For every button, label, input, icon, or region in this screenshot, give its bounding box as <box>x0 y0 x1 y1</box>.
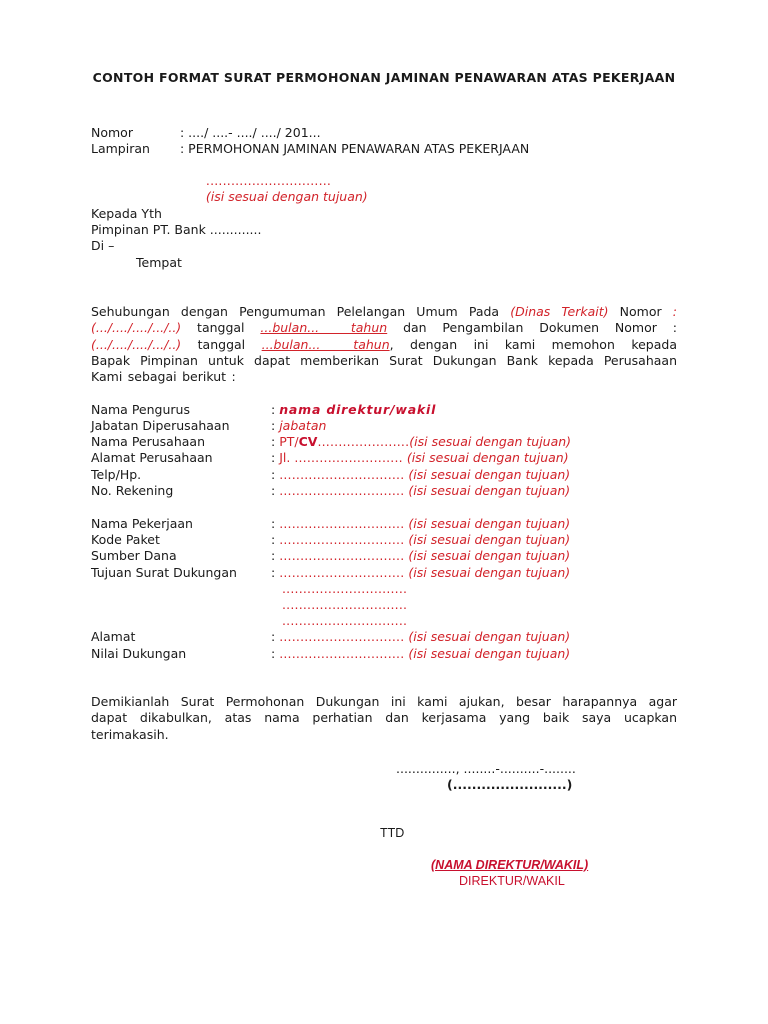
field-label: Nilai Dukungan <box>91 646 186 662</box>
recipient-line-3: Di – <box>91 238 114 254</box>
extra-dots-line: .............................. <box>282 597 407 613</box>
field-label: Alamat Perusahaan <box>91 450 213 466</box>
field-value: : .............................. (isi se… <box>271 467 570 483</box>
field-label: Telp/Hp. <box>91 467 141 483</box>
signer-position: DIREKTUR/WAKIL <box>459 873 565 889</box>
lampiran-placeholder: .............................. (isi sesu… <box>190 157 368 221</box>
nomor-value: : ..../ ....- ..../ ..../ 201... <box>180 125 321 141</box>
field-label: Tujuan Surat Dukungan <box>91 565 237 581</box>
date-paren: (........................) <box>447 777 572 793</box>
field-value: : .............................. (isi se… <box>271 565 570 581</box>
signer-name: (NAMA DIREKTUR/WAKIL) <box>431 857 588 873</box>
closing-line-2: dapat dikabulkan, atas nama perhatian da… <box>91 710 677 726</box>
ttd-label: TTD <box>380 825 404 841</box>
extra-dots-line: .............................. <box>282 581 407 597</box>
field-label: Jabatan Diperusahaan <box>91 418 230 434</box>
field-value: : .............................. (isi se… <box>271 548 570 564</box>
intro-line-1: Sehubungan dengan Pengumuman Pelelangan … <box>91 304 677 320</box>
closing-line-1: Demikianlah Surat Permohonan Dukungan in… <box>91 694 677 710</box>
closing-line-3: terimakasih. <box>91 727 677 743</box>
field-value: : Jl. .......................... (isi se… <box>271 450 569 466</box>
recipient-line-1: Kepada Yth <box>91 206 162 222</box>
nomor-label: Nomor <box>91 125 133 141</box>
intro-line-4: Bapak Pimpinan untuk dapat memberikan Su… <box>91 353 677 369</box>
field-value: : jabatan <box>271 418 326 434</box>
intro-line-2: (.../..../..../.../..) tanggal ...bulan.… <box>91 320 677 336</box>
document-title: CONTOH FORMAT SURAT PERMOHONAN JAMINAN P… <box>0 70 768 86</box>
lampiran-dots: .............................. <box>206 173 331 188</box>
field-label: Alamat <box>91 629 135 645</box>
lampiran-note: (isi sesuai dengan tujuan) <box>206 189 368 204</box>
field-value: : PT/CV......................(isi sesuai… <box>271 434 571 450</box>
lampiran-label: Lampiran <box>91 141 150 157</box>
recipient-line-2: Pimpinan PT. Bank ............. <box>91 222 261 238</box>
field-value: : .............................. (isi se… <box>271 646 570 662</box>
field-label: Nama Pengurus <box>91 402 190 418</box>
field-label: Kode Paket <box>91 532 160 548</box>
field-value: : .............................. (isi se… <box>271 516 570 532</box>
field-value: : .............................. (isi se… <box>271 532 570 548</box>
field-label: Nama Perusahaan <box>91 434 205 450</box>
field-label: Sumber Dana <box>91 548 177 564</box>
field-value: : .............................. (isi se… <box>271 629 570 645</box>
lampiran-value: : PERMOHONAN JAMINAN PENAWARAN ATAS PEKE… <box>180 141 529 157</box>
recipient-line-4: Tempat <box>136 255 182 271</box>
intro-line-5: Kami sebagai berikut : <box>91 369 677 385</box>
field-label: No. Rekening <box>91 483 173 499</box>
intro-paragraph: Sehubungan dengan Pengumuman Pelelangan … <box>91 304 677 385</box>
extra-dots-line: .............................. <box>282 613 407 629</box>
field-value: : .............................. (isi se… <box>271 483 570 499</box>
place-date: ..............., ........-..........-...… <box>396 761 576 777</box>
field-label: Nama Pekerjaan <box>91 516 193 532</box>
intro-line-3: (.../..../..../.../..) tanggal ...bulan.… <box>91 337 677 353</box>
field-value: : nama direktur/wakil <box>271 402 436 418</box>
closing-paragraph: Demikianlah Surat Permohonan Dukungan in… <box>91 694 677 743</box>
